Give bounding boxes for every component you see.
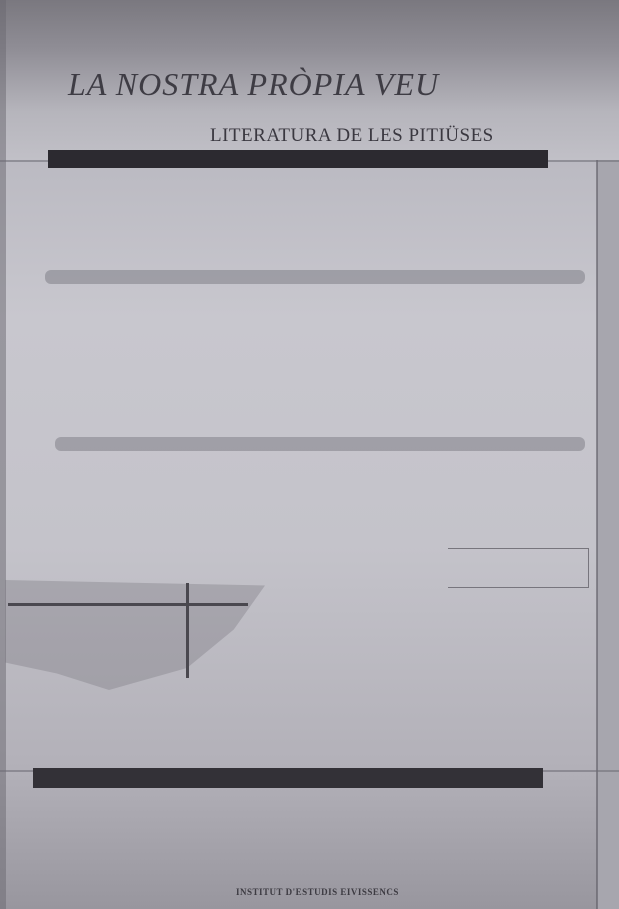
sketch-shape (5, 580, 265, 690)
top-black-bar (48, 150, 548, 168)
sketch-line-vertical (186, 583, 189, 678)
book-subtitle: LITERATURA DE LES PITIÜSES (210, 125, 494, 147)
book-cover: LA NOSTRA PRÒPIA VEU LITERATURA DE LES P… (0, 0, 619, 909)
cover-left-edge (0, 0, 6, 909)
publisher-name: INSTITUT D'ESTUDIS EIVISSENCS (236, 887, 399, 897)
texture-crack (55, 437, 585, 451)
book-title: LA NOSTRA PRÒPIA VEU (68, 66, 439, 103)
cover-right-strip (597, 160, 619, 909)
texture-crack (45, 270, 585, 284)
sketch-frame (448, 548, 589, 588)
vertical-rule (596, 160, 598, 909)
bottom-black-bar (33, 768, 543, 788)
sketch-line-horizontal (8, 603, 248, 606)
